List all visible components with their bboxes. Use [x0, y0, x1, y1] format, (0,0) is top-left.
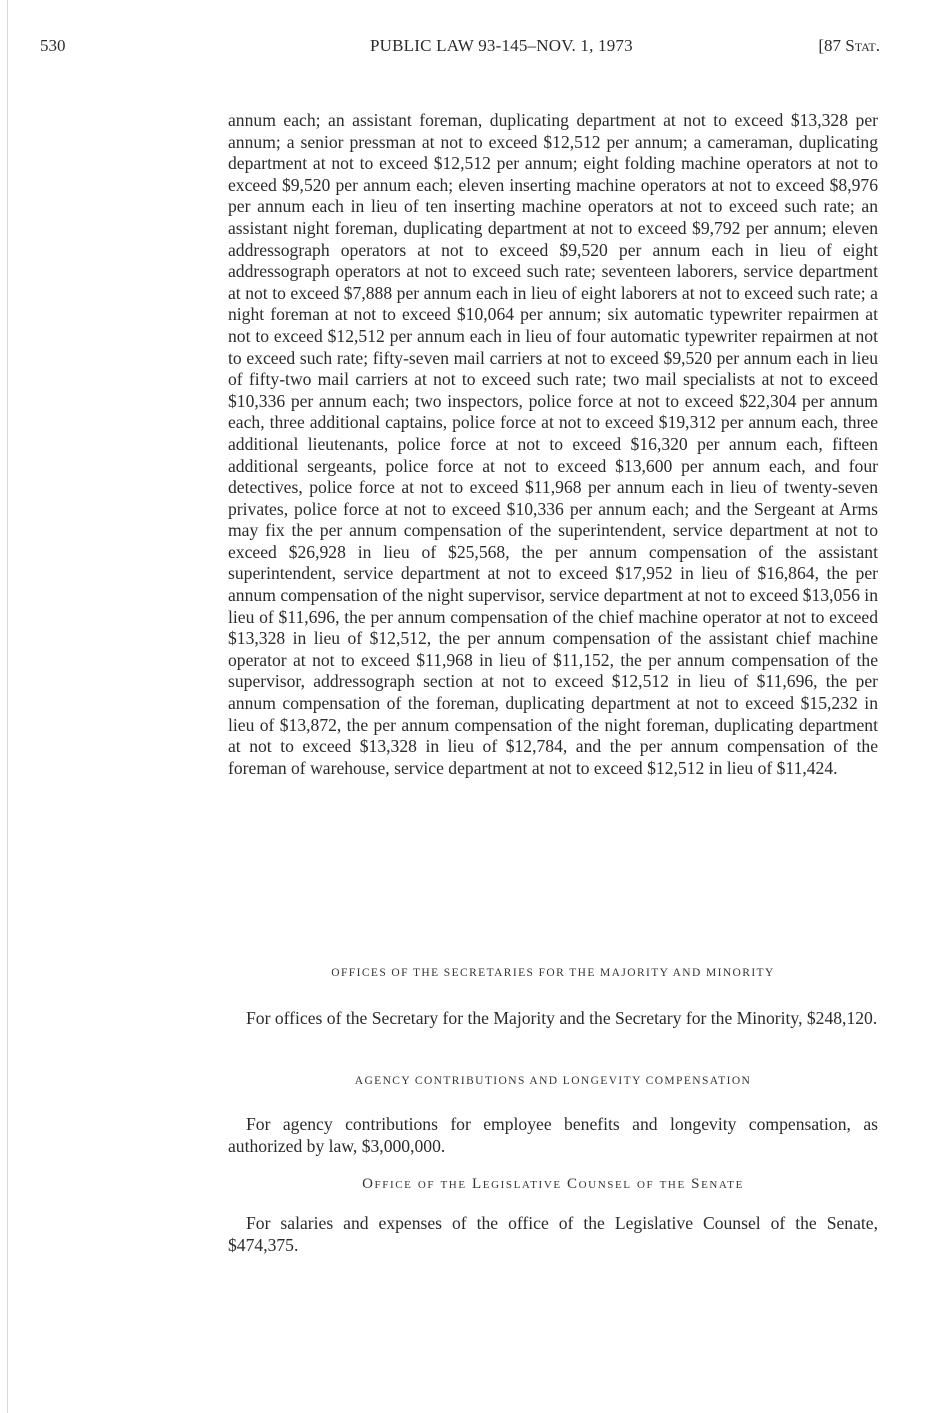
section-body-agency-contributions: For agency contributions for employee be… — [228, 1114, 878, 1157]
statute-reference: [87 Stat. — [818, 36, 880, 56]
section-body-legislative-counsel-block: For salaries and expenses of the office … — [228, 1213, 878, 1256]
section-body-agency-contributions-block: For agency contributions for employee be… — [228, 1114, 878, 1157]
section-heading-legislative-counsel: Office of the Legislative Counsel of the… — [228, 1176, 878, 1193]
running-head-title: PUBLIC LAW 93-145–NOV. 1, 1973 — [370, 36, 633, 56]
continued-paragraph-block: annum each; an assistant foreman, duplic… — [228, 110, 878, 779]
section-heading-agency-contributions: Agency Contributions and Longevity Compe… — [228, 1075, 878, 1087]
page-number: 530 — [40, 36, 66, 56]
continued-paragraph: annum each; an assistant foreman, duplic… — [228, 110, 878, 779]
section-body-legislative-counsel: For salaries and expenses of the office … — [228, 1213, 878, 1256]
section-body-secretaries: For offices of the Secretary for the Maj… — [228, 1008, 878, 1030]
section-heading-secretaries: Offices of the Secretaries for the Major… — [228, 967, 878, 979]
running-head: 530 PUBLIC LAW 93-145–NOV. 1, 1973 [87 S… — [40, 36, 880, 60]
section-body-secretaries-block: For offices of the Secretary for the Maj… — [228, 1008, 878, 1030]
scan-edge-line — [7, 0, 8, 1413]
